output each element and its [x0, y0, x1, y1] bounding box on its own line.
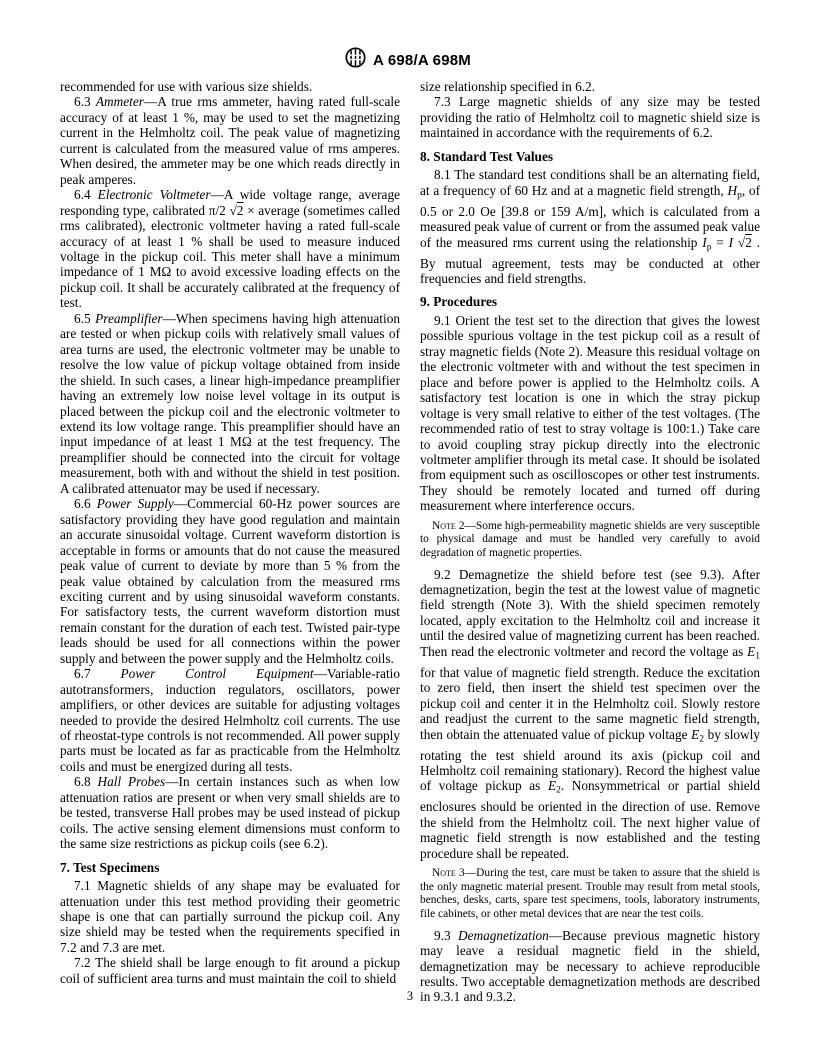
- left-column: recommended for use with various size sh…: [60, 79, 400, 1005]
- section-heading: 8. Standard Test Values: [420, 149, 760, 164]
- paragraph: recommended for use with various size sh…: [60, 79, 400, 94]
- paragraph: 6.8 Hall Probes—In certain instances suc…: [60, 774, 400, 851]
- paragraph: 6.7 Power Control Equipment—Variable-rat…: [60, 666, 400, 774]
- document-header: A 698/A 698M: [0, 47, 816, 73]
- text-columns: recommended for use with various size sh…: [60, 79, 760, 1005]
- paragraph: 6.4 Electronic Voltmeter—A wide voltage …: [60, 187, 400, 311]
- astm-logo-icon: [345, 47, 366, 73]
- paragraph: 6.3 Ammeter—A true rms ammeter, having r…: [60, 94, 400, 187]
- paragraph: 7.2 The shield shall be large enough to …: [60, 955, 400, 986]
- paragraph: size relationship specified in 6.2.: [420, 79, 760, 94]
- right-column: size relationship specified in 6.2.7.3 L…: [420, 79, 760, 1005]
- paragraph: 6.5 Preamplifier—When specimens having h…: [60, 311, 400, 496]
- paragraph: 7.1 Magnetic shields of any shape may be…: [60, 878, 400, 955]
- note-paragraph: Note 3—During the test, care must be tak…: [420, 867, 760, 921]
- section-heading: 7. Test Specimens: [60, 860, 400, 875]
- note-paragraph: Note 2—Some high-permeability magnetic s…: [420, 520, 760, 561]
- paragraph: 9.2 Demagnetize the shield before test (…: [420, 567, 760, 862]
- paragraph: 6.6 Power Supply—Commercial 60-Hz power …: [60, 496, 400, 666]
- page-number: 3: [60, 989, 760, 1004]
- document-page: A 698/A 698M recommended for use with va…: [0, 0, 816, 1056]
- paragraph: 9.1 Orient the test set to the direction…: [420, 313, 760, 514]
- paragraph: 7.3 Large magnetic shields of any size m…: [420, 94, 760, 140]
- section-heading: 9. Procedures: [420, 294, 760, 309]
- paragraph: 8.1 The standard test conditions shall b…: [420, 167, 760, 286]
- doc-code: A 698/A 698M: [373, 52, 471, 69]
